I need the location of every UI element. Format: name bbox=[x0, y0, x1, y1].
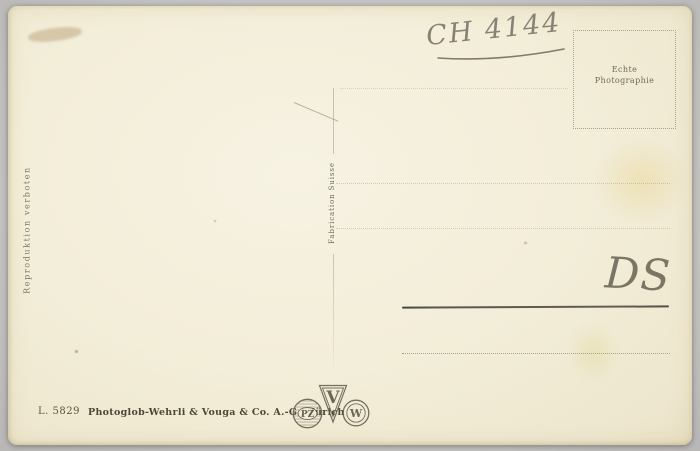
v-logo-label: V bbox=[325, 388, 340, 408]
handwritten-initials: DS bbox=[604, 248, 672, 301]
address-line bbox=[402, 353, 670, 354]
edge-text-reproduktion: Reproduktion verboten bbox=[23, 166, 32, 294]
stain bbox=[524, 242, 527, 244]
w-logo-label: W bbox=[349, 407, 363, 420]
stain bbox=[214, 220, 216, 222]
divider-line bbox=[333, 254, 334, 370]
divider-line bbox=[333, 88, 334, 154]
stain bbox=[27, 25, 82, 44]
scratch bbox=[294, 102, 339, 122]
postcard-back: Reproduktion verboten Fabrication Suisse… bbox=[8, 6, 692, 445]
pencil-line bbox=[402, 305, 669, 308]
w-logo: W bbox=[342, 399, 370, 427]
address-line bbox=[340, 88, 568, 89]
address-line bbox=[336, 183, 670, 184]
stamp-box-text-line1: Echte bbox=[612, 64, 637, 75]
address-line bbox=[336, 228, 670, 229]
divider-text: Fabrication Suisse bbox=[328, 162, 336, 244]
pz-logo-label: PZ bbox=[301, 410, 315, 420]
handwritten-underline bbox=[432, 36, 572, 68]
stain bbox=[594, 138, 690, 224]
imprint-serial: L. 5829 bbox=[38, 406, 80, 417]
stamp-box-text-line2: Photographie bbox=[595, 75, 654, 86]
stain bbox=[75, 350, 78, 353]
stamp-box: Echte Photographie bbox=[573, 30, 676, 129]
